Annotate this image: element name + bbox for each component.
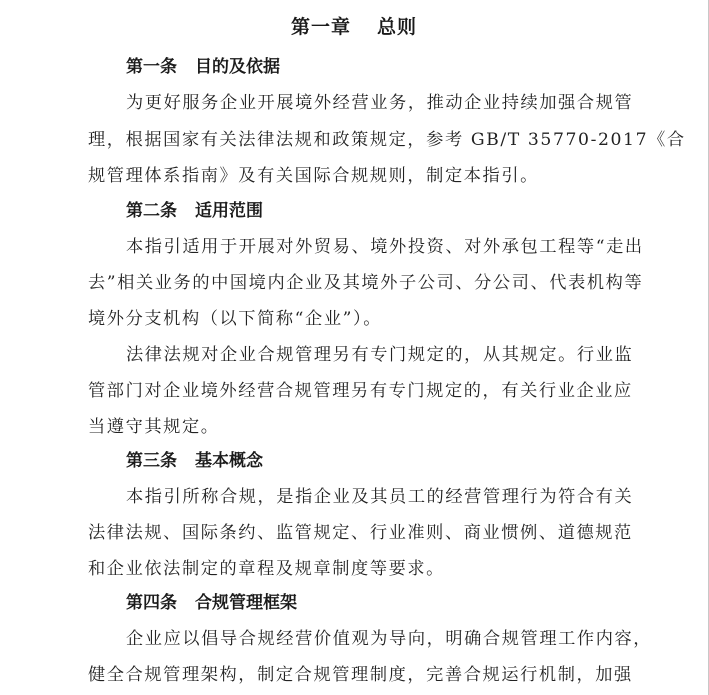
- paragraph-line: 理，根据国家有关法律法规和政策规定，参考 GB/T 35770-2017《合: [88, 125, 686, 150]
- document-page: 第一章总则 第一条目的及依据 为更好服务企业开展境外经营业务，推动企业持续加强合…: [0, 0, 709, 695]
- paragraph-line: 法律法规对企业合规管理另有专门规定的，从其规定。行业监: [126, 340, 633, 365]
- article-title: 合规管理框架: [195, 593, 297, 613]
- article-title: 适用范围: [195, 201, 263, 221]
- paragraph-line: 当遵守其规定。: [88, 412, 220, 437]
- article-heading-4: 第四条合规管理框架: [126, 588, 297, 613]
- article-title: 目的及依据: [195, 57, 280, 77]
- paragraph-line: 境外分支机构（以下简称“企业”）。: [88, 304, 382, 329]
- paragraph-line: 为更好服务企业开展境外经营业务，推动企业持续加强合规管: [126, 88, 633, 113]
- chapter-title: 第一章总则: [0, 12, 708, 39]
- article-heading-2: 第二条适用范围: [126, 196, 263, 221]
- paragraph-line: 本指引适用于开展对外贸易、境外投资、对外承包工程等“走出: [126, 232, 644, 257]
- paragraph-line: 健全合规管理架构，制定合规管理制度，完善合规运行机制，加强: [88, 660, 633, 685]
- paragraph-line: 去”相关业务的中国境内企业及其境外子公司、分公司、代表机构等: [88, 268, 643, 293]
- article-number: 第四条: [126, 593, 177, 613]
- paragraph-line: 本指引所称合规，是指企业及其员工的经营管理行为符合有关: [126, 482, 633, 507]
- article-number: 第三条: [126, 451, 177, 471]
- paragraph-line: 规管理体系指南》及有关国际合规规则，制定本指引。: [88, 161, 539, 186]
- paragraph-line: 法律法规、国际条约、监管规定、行业准则、商业惯例、道德规范: [88, 518, 633, 543]
- article-number: 第一条: [126, 57, 177, 77]
- chapter-number: 第一章: [291, 16, 351, 38]
- paragraph-line: 管部门对企业境外经营合规管理另有专门规定的，有关行业企业应: [88, 376, 633, 401]
- chapter-name: 总则: [377, 16, 417, 38]
- article-number: 第二条: [126, 201, 177, 221]
- paragraph-line: 企业应以倡导合规经营价值观为导向，明确合规管理工作内容，: [126, 624, 652, 649]
- paragraph-line: 和企业依法制定的章程及规章制度等要求。: [88, 554, 445, 579]
- article-heading-1: 第一条目的及依据: [126, 52, 280, 77]
- article-title: 基本概念: [195, 451, 263, 471]
- article-heading-3: 第三条基本概念: [126, 446, 263, 471]
